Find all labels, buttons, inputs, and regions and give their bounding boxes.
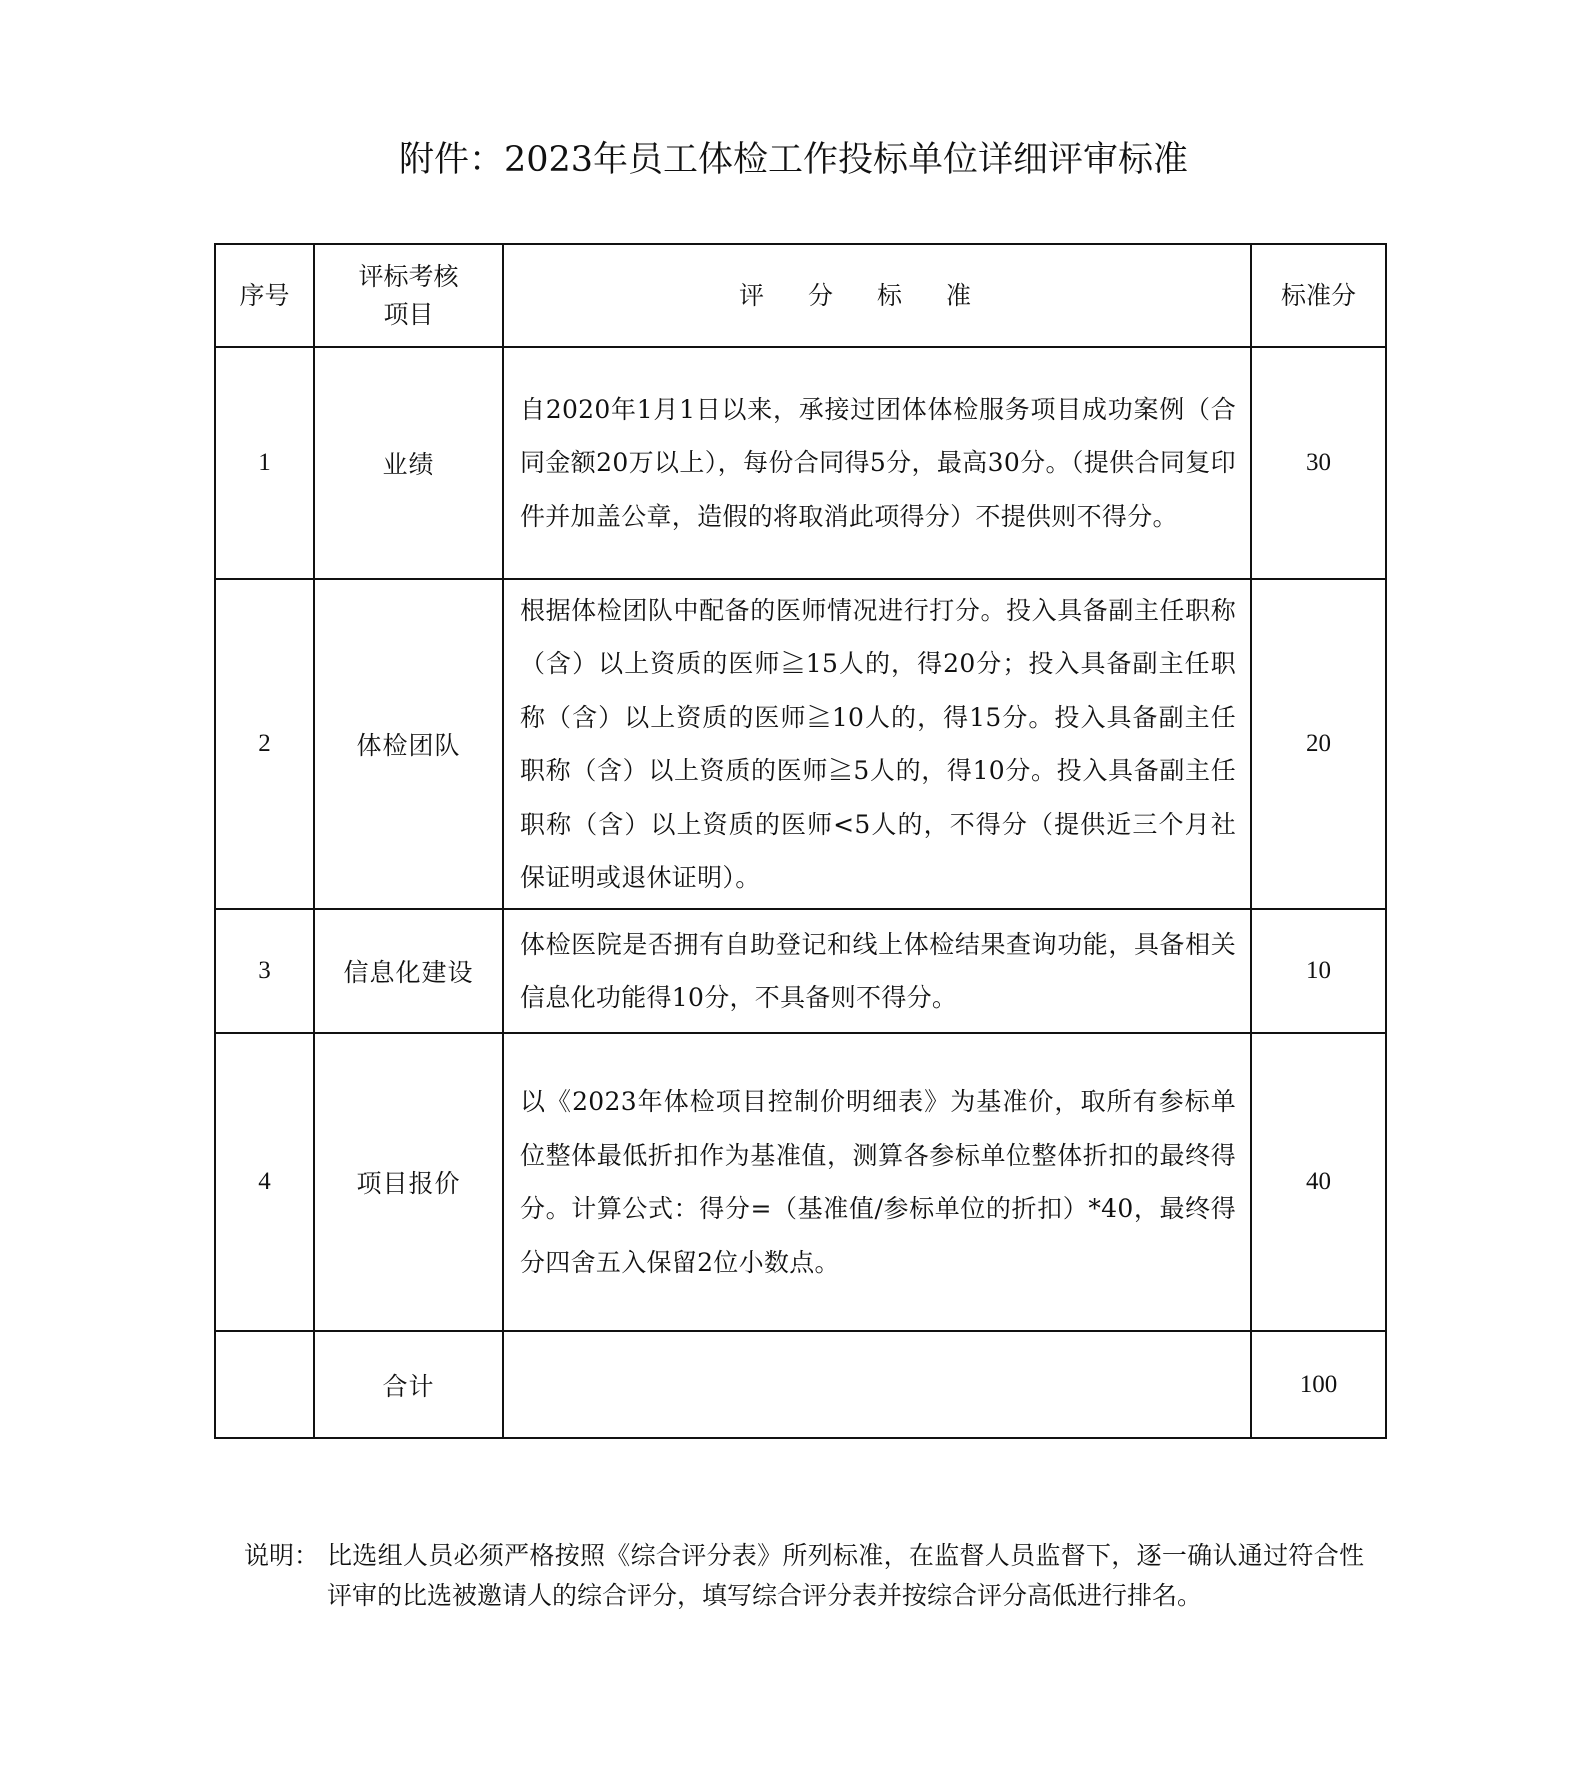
row-score: 40: [1251, 1033, 1386, 1331]
row-item: 体检团队: [314, 579, 503, 909]
row-item: 项目报价: [314, 1033, 503, 1331]
table-row: 1 业绩 自2020年1月1日以来，承接过团体体检服务项目成功案例（合同金额20…: [215, 347, 1386, 579]
header-item-line1: 评标考核: [315, 258, 502, 296]
row-item: 业绩: [314, 347, 503, 579]
row-score: 30: [1251, 347, 1386, 579]
row-no: 3: [215, 909, 314, 1033]
header-item: 评标考核 项目: [314, 244, 503, 347]
explanatory-note: 说明： 比选组人员必须严格按照《综合评分表》所列标准，在监督人员监督下，逐一确认…: [244, 1536, 1364, 1616]
row-score: 20: [1251, 579, 1386, 909]
note-label: 说明：: [244, 1536, 319, 1576]
page-title: 附件：2023年员工体检工作投标单位详细评审标准: [0, 136, 1587, 184]
table-row: 3 信息化建设 体检医院是否拥有自助登记和线上体检结果查询功能，具备相关信息化功…: [215, 909, 1386, 1033]
row-no: 1: [215, 347, 314, 579]
total-no: [215, 1331, 314, 1438]
note-text: 比选组人员必须严格按照《综合评分表》所列标准，在监督人员监督下，逐一确认通过符合…: [244, 1536, 1364, 1616]
total-score: 100: [1251, 1331, 1386, 1438]
total-label: 合计: [314, 1331, 503, 1438]
total-standard: [503, 1331, 1251, 1438]
table-header-row: 序号 评标考核 项目 评分标准 标准分: [215, 244, 1386, 347]
row-no: 4: [215, 1033, 314, 1331]
row-no: 2: [215, 579, 314, 909]
header-no: 序号: [215, 244, 314, 347]
evaluation-criteria-table: 序号 评标考核 项目 评分标准 标准分 1 业绩 自2020年1月1日以来，承接…: [214, 243, 1387, 1439]
row-standard: 根据体检团队中配备的医师情况进行打分。投入具备副主任职称（含）以上资质的医师≧1…: [503, 579, 1251, 909]
row-standard: 以《2023年体检项目控制价明细表》为基准价，取所有参标单位整体最低折扣作为基准…: [503, 1033, 1251, 1331]
row-standard: 体检医院是否拥有自助登记和线上体检结果查询功能，具备相关信息化功能得10分，不具…: [503, 909, 1251, 1033]
header-standard: 评分标准: [503, 244, 1251, 347]
table-row: 4 项目报价 以《2023年体检项目控制价明细表》为基准价，取所有参标单位整体最…: [215, 1033, 1386, 1331]
table-total-row: 合计 100: [215, 1331, 1386, 1438]
row-score: 10: [1251, 909, 1386, 1033]
table-row: 2 体检团队 根据体检团队中配备的医师情况进行打分。投入具备副主任职称（含）以上…: [215, 579, 1386, 909]
header-score: 标准分: [1251, 244, 1386, 347]
row-item: 信息化建设: [314, 909, 503, 1033]
row-standard: 自2020年1月1日以来，承接过团体体检服务项目成功案例（合同金额20万以上），…: [503, 347, 1251, 579]
header-item-line2: 项目: [315, 296, 502, 334]
